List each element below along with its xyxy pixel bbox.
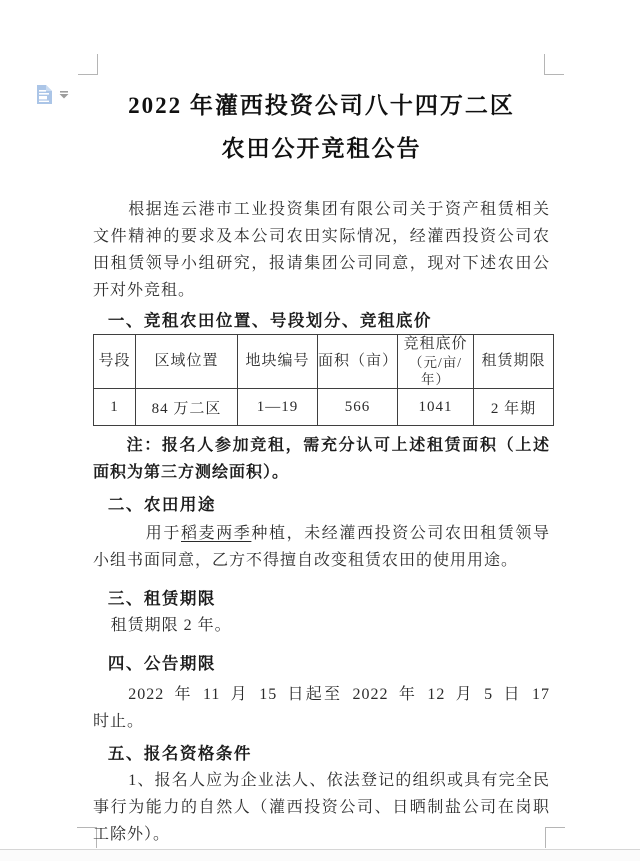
- header-label: 号段: [94, 352, 135, 371]
- section-5-heading: 五、报名资格条件: [93, 741, 550, 767]
- header-label: 租赁期限: [474, 352, 553, 371]
- table-header-cell: 区域位置: [136, 335, 238, 389]
- table-header-cell: 竞租底价 （元/亩/年）: [398, 335, 474, 389]
- dropdown-arrow-icon: [59, 91, 69, 99]
- section-3-heading: 三、租赁期限: [93, 586, 550, 612]
- paste-options-button[interactable]: [36, 85, 69, 104]
- table-row: 1 84 万二区 1—19 566 1041 2 年期: [94, 389, 554, 426]
- header-label: 竞租底价: [398, 335, 473, 354]
- title-line-2: 农田公开竞租公告: [222, 136, 422, 161]
- table-header-cell: 号段: [94, 335, 136, 389]
- usage-underlined-text: 稻麦两季: [181, 525, 251, 542]
- page-bottom-edge: [0, 849, 640, 861]
- document-icon: [36, 85, 52, 104]
- intro-paragraph: 根据连云港市工业投资集团有限公司关于资产租赁相关文件精神的要求及本公司农田实际情…: [93, 196, 550, 304]
- cell-region: 84 万二区: [136, 389, 238, 426]
- section-3-paragraph: 租赁期限 2 年。: [93, 612, 550, 639]
- header-sublabel: （元/亩/年）: [398, 354, 473, 388]
- table-header-row: 号段 区域位置 地块编号 面积（亩） 竞租底价 （元/亩/年） 租赁期限: [94, 335, 554, 389]
- section-5-paragraph: 1、报名人应为企业法人、依法登记的组织或具有完全民事行为能力的自然人（灌西投资公…: [93, 767, 550, 848]
- title-line-1: 2022 年灌西投资公司八十四万二区: [128, 93, 515, 118]
- section-4-paragraph: 2022 年 11 月 15 日起至 2022 年 12 月 5 日 17 时止…: [93, 681, 550, 735]
- cell-lease-term: 2 年期: [474, 389, 554, 426]
- section-2-heading: 二、农田用途: [93, 492, 550, 518]
- cell-area: 566: [318, 389, 398, 426]
- cell-segment: 1: [94, 389, 136, 426]
- section-4-heading: 四、公告期限: [93, 651, 550, 677]
- document-content: 2022 年灌西投资公司八十四万二区 农田公开竞租公告 根据连云港市工业投资集团…: [93, 0, 550, 848]
- header-label: 地块编号: [238, 352, 317, 371]
- table-header-cell: 面积（亩）: [318, 335, 398, 389]
- usage-prefix: 用于: [146, 525, 181, 542]
- bid-table: 号段 区域位置 地块编号 面积（亩） 竞租底价 （元/亩/年） 租赁期限 1 8…: [93, 334, 554, 426]
- table-header-cell: 地块编号: [238, 335, 318, 389]
- cell-base-price: 1041: [398, 389, 474, 426]
- header-label: 区域位置: [136, 352, 237, 371]
- document-page: 2022 年灌西投资公司八十四万二区 农田公开竞租公告 根据连云港市工业投资集团…: [0, 0, 640, 861]
- table-note: 注：报名人参加竞租，需充分认可上述租赁面积（上述面积为第三方测绘面积）。: [93, 432, 550, 486]
- section-1-heading: 一、竞租农田位置、号段划分、竞租底价: [93, 308, 550, 334]
- cell-plot-number: 1—19: [238, 389, 318, 426]
- page-title: 2022 年灌西投资公司八十四万二区 农田公开竞租公告: [93, 84, 550, 170]
- section-2-paragraph: 用于稻麦两季种植，未经灌西投资公司农田租赁领导小组书面同意，乙方不得擅自改变租赁…: [93, 520, 550, 574]
- table-header-cell: 租赁期限: [474, 335, 554, 389]
- header-label: 面积（亩）: [318, 352, 397, 371]
